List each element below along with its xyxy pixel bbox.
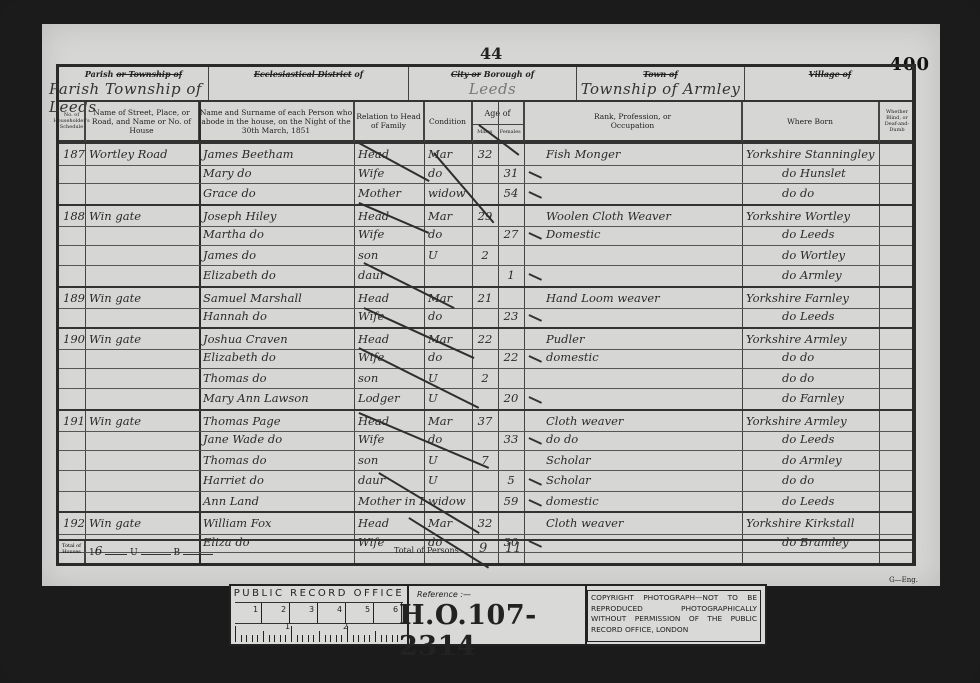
cell-name: Joshua Craven — [199, 329, 354, 350]
cell-age-m: 29 — [472, 206, 498, 227]
table-row: Grace doMotherwidow54do do — [59, 183, 912, 205]
cell-relation: daur — [354, 470, 424, 491]
cell-occupation — [524, 368, 742, 389]
cell-age-f: 54 — [498, 183, 524, 204]
region-parish-label: Parish — [85, 69, 116, 79]
cell-age-m — [472, 347, 498, 368]
cell-name: Harriet do — [199, 470, 354, 491]
table-row: James dosonU2do Wortley — [59, 245, 912, 267]
cell-condition: Mar — [424, 206, 472, 227]
cell-schedule — [59, 450, 85, 471]
cell-born: do Leeds — [742, 429, 879, 450]
total-persons-label: Total of Persons — [394, 546, 459, 555]
cell-born: do Wortley — [742, 245, 879, 266]
cell-born: do do — [742, 368, 879, 389]
column-header-row: No. of Householder's Schedule Name of St… — [59, 102, 912, 142]
cell-born: do Hunslet — [742, 163, 879, 184]
cell-age-f: 20 — [498, 388, 524, 409]
cell-street — [85, 224, 199, 245]
cell-occupation: Scholar — [524, 450, 742, 471]
cell-schedule — [59, 491, 85, 512]
cell-occupation: domestic — [524, 491, 742, 512]
ruler-cm-label: 2 — [343, 622, 348, 631]
cell-relation: Head — [354, 329, 424, 350]
cell-name: Mary Ann Lawson — [199, 388, 354, 409]
cell-born: do Armley — [742, 265, 879, 286]
total-houses-value: 16 U B — [89, 544, 213, 558]
table-row: Harriet dodaurU5Scholardo do — [59, 470, 912, 492]
cell-age-m — [472, 470, 498, 491]
table-row: Thomas dosonU2do do — [59, 368, 912, 390]
cell-street — [85, 245, 199, 266]
cell-occupation — [524, 183, 742, 204]
ruler-inch-label: 2 — [281, 605, 286, 614]
total-females: 11 — [505, 541, 522, 556]
ruler-section: PUBLIC RECORD OFFICE 123456 12 — [231, 586, 409, 644]
cell-name: Ann Land — [199, 491, 354, 512]
cell-age-f: 22 — [498, 347, 524, 368]
cell-born: Yorkshire Armley — [742, 411, 879, 432]
cell-born: do Leeds — [742, 491, 879, 512]
public-record-office-label: PUBLIC RECORD OFFICE 123456 12 Reference… — [229, 584, 767, 646]
cell-schedule: 192 — [59, 513, 85, 534]
cell-name: James do — [199, 245, 354, 266]
cell-age-f — [498, 329, 524, 350]
cell-street — [85, 450, 199, 471]
cell-born: do Leeds — [742, 224, 879, 245]
cell-age-m — [472, 265, 498, 286]
cell-name: Joseph Hiley — [199, 206, 354, 227]
cell-occupation — [524, 388, 742, 409]
header-condition: Condition — [424, 102, 472, 140]
reference-value: H.O.107-2314 — [399, 600, 585, 662]
cell-schedule: 188 — [59, 206, 85, 227]
cell-street — [85, 470, 199, 491]
cell-relation: Head — [354, 288, 424, 309]
table-row: Thomas dosonU7Scholardo Armley — [59, 450, 912, 472]
region-parish: Parish or Township of Parish Township of… — [59, 67, 209, 100]
cell-street — [85, 183, 199, 204]
cell-age-f: 5 — [498, 470, 524, 491]
cell-street — [85, 306, 199, 327]
cell-born: Yorkshire Wortley — [742, 206, 879, 227]
cell-street — [85, 491, 199, 512]
cell-street: Win gate — [85, 206, 199, 227]
cell-street — [85, 265, 199, 286]
cell-name: Samuel Marshall — [199, 288, 354, 309]
cell-name: Grace do — [199, 183, 354, 204]
cell-age-f — [498, 450, 524, 471]
cell-age-f — [498, 288, 524, 309]
cell-age-f: 31 — [498, 163, 524, 184]
cell-street — [85, 347, 199, 368]
header-blind-deaf: Whether Blind, or Deaf-and-Dumb — [879, 102, 915, 140]
cell-name: Elizabeth do — [199, 347, 354, 368]
cell-condition: do — [424, 163, 472, 184]
cell-occupation: Scholar — [524, 470, 742, 491]
cell-occupation: Woolen Cloth Weaver — [524, 206, 742, 227]
cell-age-f — [498, 206, 524, 227]
cell-street — [85, 388, 199, 409]
cell-relation: son — [354, 368, 424, 389]
cell-age-f: 1 — [498, 265, 524, 286]
cell-name: William Fox — [199, 513, 354, 534]
cell-born: do Leeds — [742, 306, 879, 327]
region-borough: City or Borough of Leeds — [409, 67, 577, 100]
cell-condition: do — [424, 347, 472, 368]
cell-born: do do — [742, 347, 879, 368]
cell-condition: widow — [424, 183, 472, 204]
table-row: Ann LandMother in Lawwidow59domesticdo L… — [59, 491, 912, 513]
cell-age-f — [498, 513, 524, 534]
cell-name: Martha do — [199, 224, 354, 245]
header-occupation: Rank, Profession, or Occupation — [524, 102, 742, 140]
inch-ruler: 123456 — [235, 602, 403, 624]
cell-age-m — [472, 491, 498, 512]
header-where-born: Where Born — [742, 102, 879, 140]
office-title: PUBLIC RECORD OFFICE — [231, 588, 407, 599]
cell-condition: do — [424, 224, 472, 245]
cell-occupation: Cloth weaver — [524, 513, 742, 534]
cell-schedule — [59, 470, 85, 491]
cell-relation: Mother — [354, 183, 424, 204]
table-row: Jane Wade doWifedo33do dodo Leeds — [59, 429, 912, 451]
cell-condition: U — [424, 470, 472, 491]
cell-condition: widow — [424, 491, 472, 512]
cell-condition: do — [424, 429, 472, 450]
header-street: Name of Street, Place, or Road, and Name… — [85, 102, 199, 140]
cell-schedule — [59, 183, 85, 204]
cell-occupation: Pudler — [524, 329, 742, 350]
cell-occupation — [524, 245, 742, 266]
cell-relation: Head — [354, 513, 424, 534]
cell-age-m — [472, 163, 498, 184]
cell-occupation — [524, 163, 742, 184]
cell-condition — [424, 265, 472, 286]
cell-born: Yorkshire Stanningley — [742, 144, 879, 165]
ruler-inch-label: 5 — [365, 605, 370, 614]
table-row: Mary doWifedo31do Hunslet — [59, 163, 912, 185]
region-village: Village of — [745, 67, 915, 100]
cell-street: Wortley Road — [85, 144, 199, 165]
cell-schedule — [59, 368, 85, 389]
cell-born: Yorkshire Farnley — [742, 288, 879, 309]
cell-schedule — [59, 163, 85, 184]
cell-age-m: 2 — [472, 368, 498, 389]
cell-name: Hannah do — [199, 306, 354, 327]
cell-name: James Beetham — [199, 144, 354, 165]
cell-schedule — [59, 388, 85, 409]
cell-schedule: 187 — [59, 144, 85, 165]
region-borough-value: Leeds — [409, 80, 576, 98]
cell-schedule: 190 — [59, 329, 85, 350]
cell-occupation: domestic — [524, 347, 742, 368]
header-schedule: No. of Householder's Schedule — [59, 102, 85, 140]
cell-schedule — [59, 429, 85, 450]
cell-condition: U — [424, 450, 472, 471]
cell-born: do do — [742, 470, 879, 491]
cell-condition: Mar — [424, 411, 472, 432]
cell-born: do Armley — [742, 450, 879, 471]
total-males: 9 — [479, 541, 487, 556]
table-row: Elizabeth dodaur1do Armley — [59, 265, 912, 287]
cell-name: Mary do — [199, 163, 354, 184]
cell-born: do do — [742, 183, 879, 204]
cell-relation: Lodger — [354, 388, 424, 409]
cell-age-m — [472, 306, 498, 327]
census-page: 44 400 Parish or Township of Parish Town… — [42, 24, 940, 586]
table-row: Mary Ann LawsonLodgerU20do Farnley — [59, 388, 912, 410]
ruler-inch-label: 3 — [309, 605, 314, 614]
cell-schedule: 191 — [59, 411, 85, 432]
cell-condition: do — [424, 306, 472, 327]
cell-occupation: do do — [524, 429, 742, 450]
region-ecclesiastical: Ecclesiastical District of — [209, 67, 409, 100]
cell-born: do Farnley — [742, 388, 879, 409]
cell-name: Thomas do — [199, 368, 354, 389]
cell-age-m — [472, 429, 498, 450]
cell-name: Jane Wade do — [199, 429, 354, 450]
table-row: Hannah doWifedo23do Leeds — [59, 306, 912, 328]
cell-born: Yorkshire Armley — [742, 329, 879, 350]
cell-relation: son — [354, 450, 424, 471]
cell-age-m — [472, 224, 498, 245]
cell-occupation — [524, 265, 742, 286]
cell-age-m: 2 — [472, 245, 498, 266]
cell-age-m: 22 — [472, 329, 498, 350]
cell-street — [85, 163, 199, 184]
cell-occupation — [524, 306, 742, 327]
cell-condition: U — [424, 245, 472, 266]
reference-section: Reference :— H.O.107-2314 — [407, 586, 587, 644]
header-age-females: Females — [498, 125, 524, 139]
ruler-inch-label: 1 — [253, 605, 258, 614]
printer-mark: G—Eng. — [889, 576, 918, 584]
cell-name: Thomas do — [199, 450, 354, 471]
census-table: Parish or Township of Parish Township of… — [56, 64, 916, 566]
cell-age-m: 37 — [472, 411, 498, 432]
region-town: Town of Township of Armley — [577, 67, 745, 100]
folio-number: 44 — [480, 44, 502, 63]
cell-born: Yorkshire Kirkstall — [742, 513, 879, 534]
reference-label: Reference :— — [417, 590, 471, 599]
cell-occupation: Domestic — [524, 224, 742, 245]
cell-schedule — [59, 224, 85, 245]
cell-occupation: Fish Monger — [524, 144, 742, 165]
cell-street: Win gate — [85, 288, 199, 309]
region-header-row: Parish or Township of Parish Township of… — [59, 67, 912, 102]
cell-relation: Wife — [354, 429, 424, 450]
cell-occupation: Cloth weaver — [524, 411, 742, 432]
table-row: Elizabeth doWifedo22domesticdo do — [59, 347, 912, 369]
ruler-inch-label: 4 — [337, 605, 342, 614]
region-town-value: Township of Armley — [577, 80, 744, 98]
cell-age-f: 27 — [498, 224, 524, 245]
cm-ruler: 12 — [235, 624, 403, 642]
cell-street — [85, 429, 199, 450]
cell-name: Elizabeth do — [199, 265, 354, 286]
ruler-cm-label: 1 — [285, 622, 290, 631]
cell-street: Win gate — [85, 329, 199, 350]
cell-condition: Mar — [424, 144, 472, 165]
cell-schedule — [59, 245, 85, 266]
cell-street: Win gate — [85, 411, 199, 432]
cell-age-f — [498, 368, 524, 389]
cell-street — [85, 368, 199, 389]
copyright-notice: COPYRIGHT PHOTOGRAPH—NOT TO BE REPRODUCE… — [587, 590, 761, 642]
cell-occupation: Hand Loom weaver — [524, 288, 742, 309]
cell-name: Thomas Page — [199, 411, 354, 432]
cell-age-f: 59 — [498, 491, 524, 512]
cell-age-m: 32 — [472, 144, 498, 165]
cell-schedule — [59, 306, 85, 327]
cell-age-f — [498, 411, 524, 432]
total-houses-label: Total of Houses — [59, 541, 85, 563]
cell-schedule: 189 — [59, 288, 85, 309]
cell-schedule — [59, 347, 85, 368]
header-relation: Relation to Head of Family — [354, 102, 424, 140]
totals-row: Total of Houses 16 U B Total of Persons … — [59, 539, 912, 563]
cell-age-m: 21 — [472, 288, 498, 309]
header-name: Name and Surname of each Person who abod… — [199, 102, 354, 140]
ruler-inch-label: 6 — [393, 605, 398, 614]
cell-age-f — [498, 245, 524, 266]
cell-age-f: 23 — [498, 306, 524, 327]
cell-schedule — [59, 265, 85, 286]
table-row: Martha doWifedo27Domesticdo Leeds — [59, 224, 912, 246]
cell-age-f: 33 — [498, 429, 524, 450]
cell-street: Win gate — [85, 513, 199, 534]
